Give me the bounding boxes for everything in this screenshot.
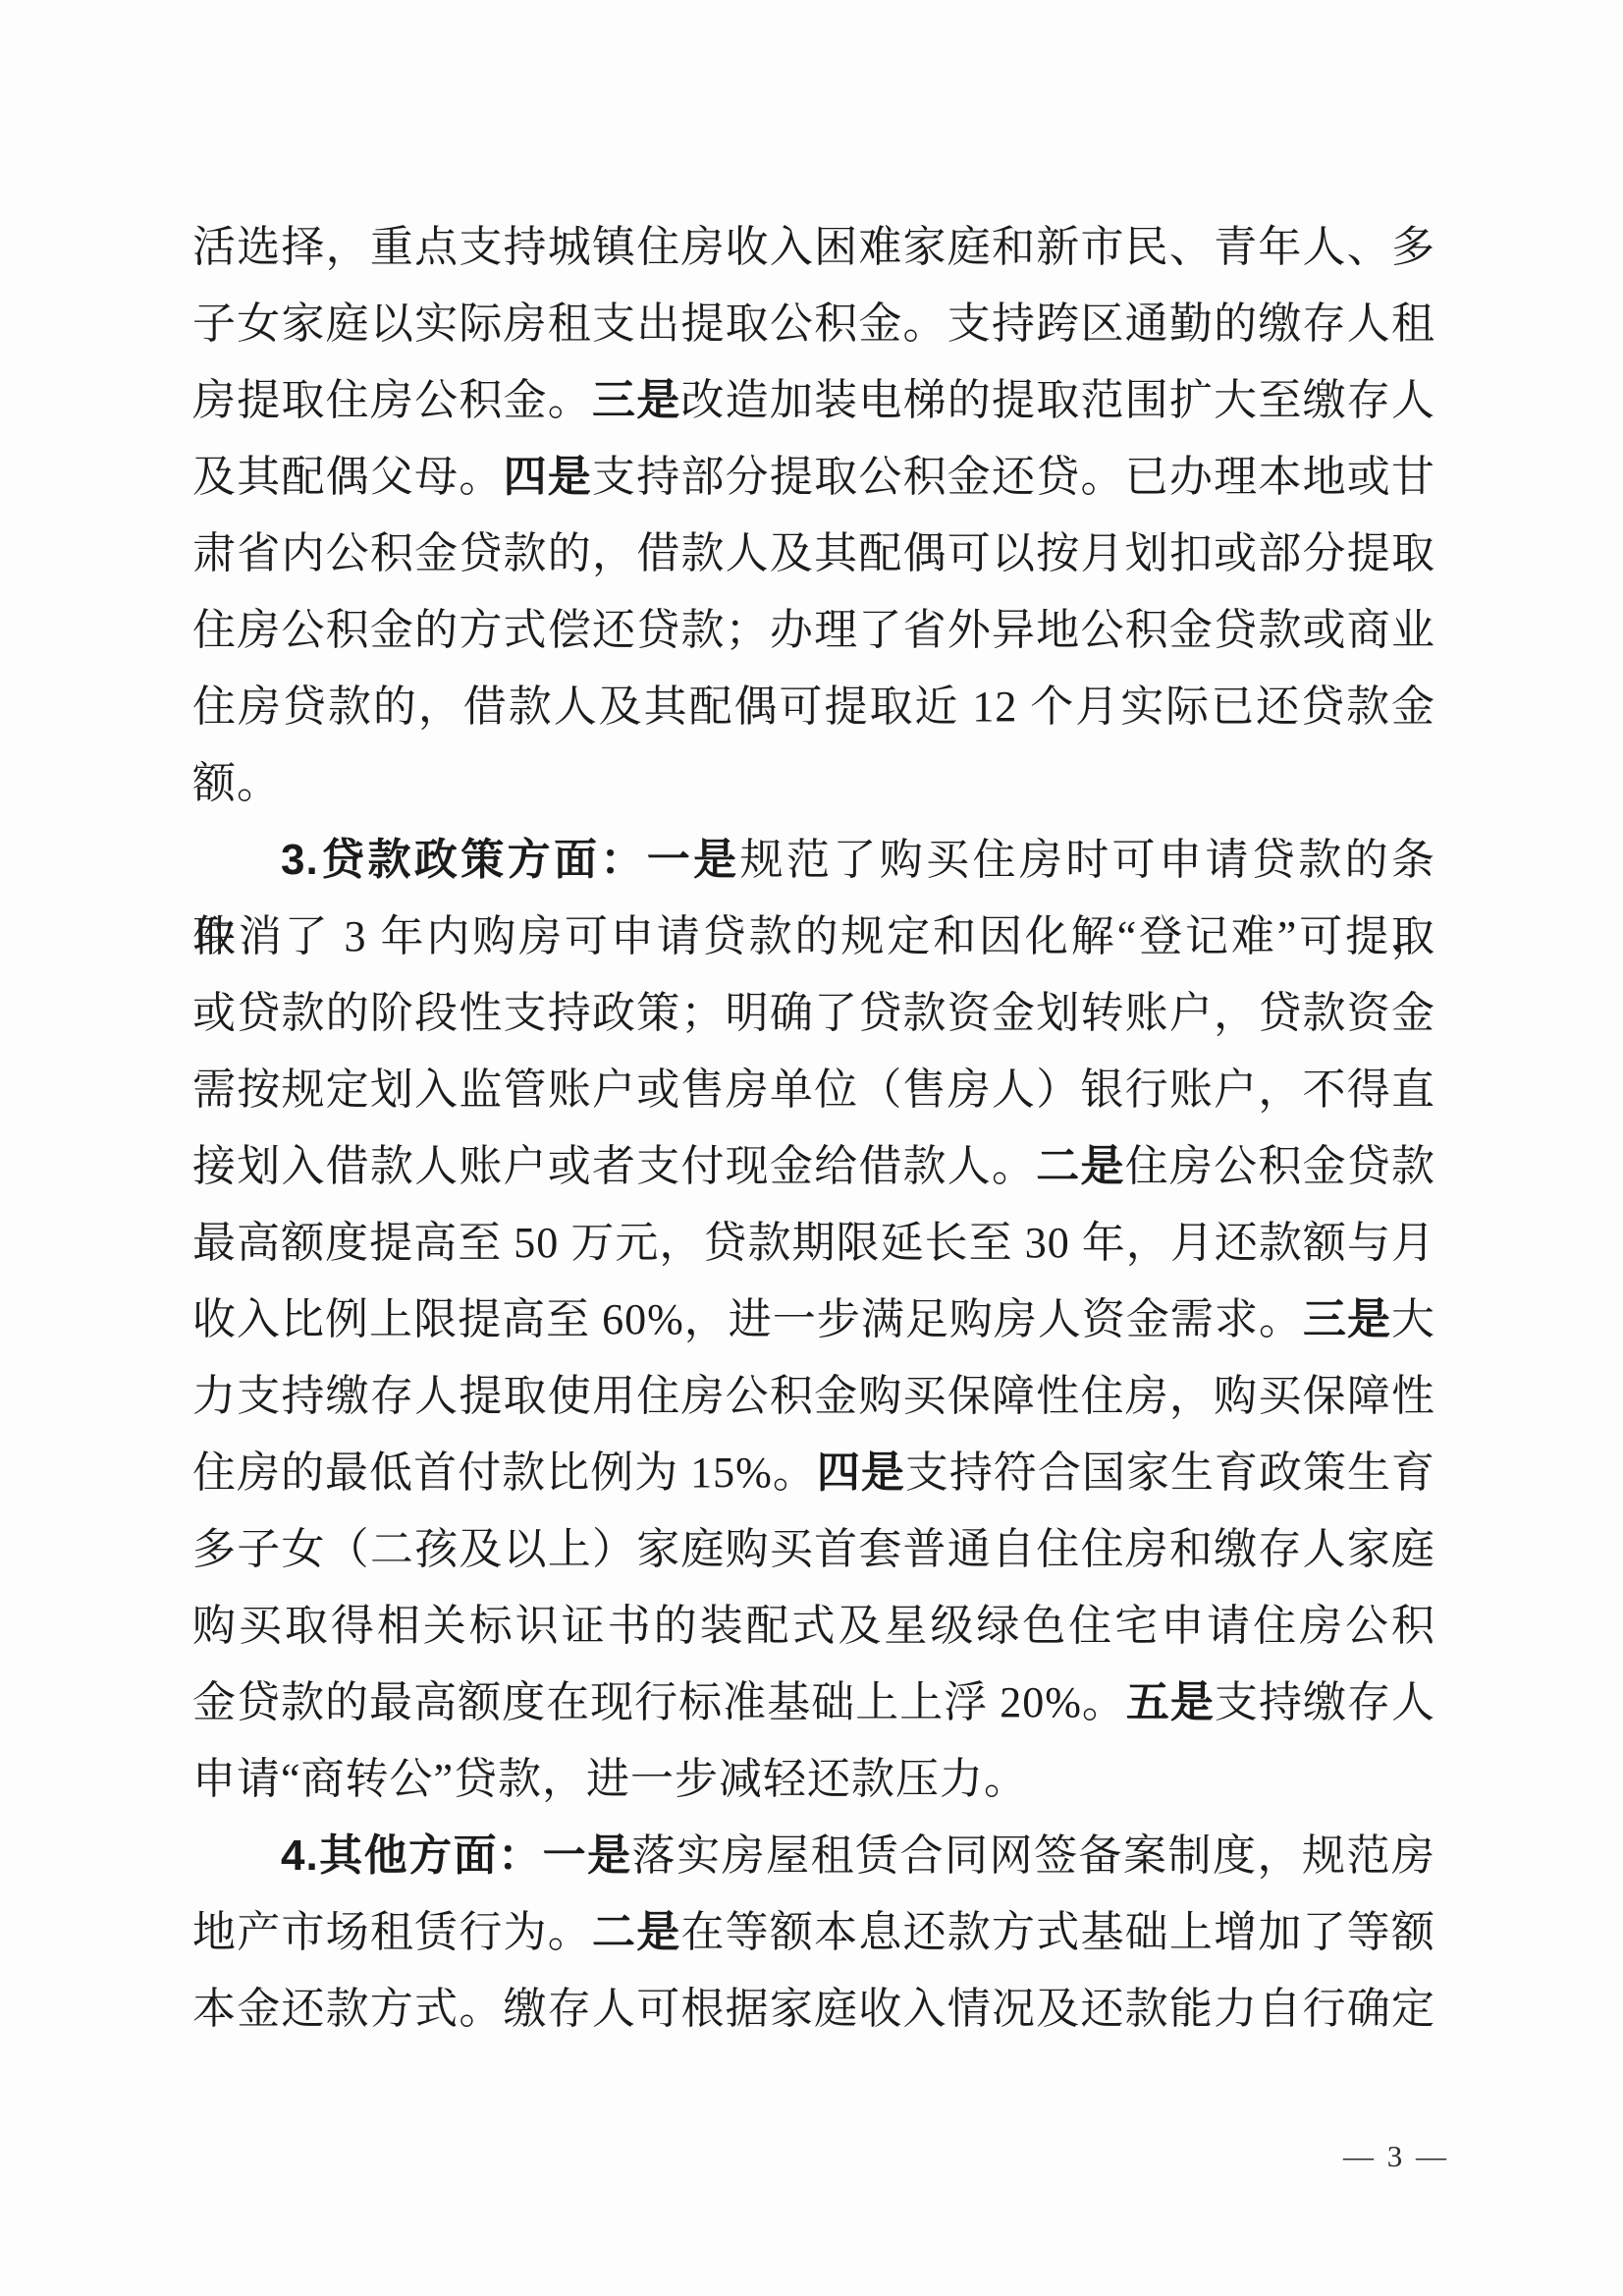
body-text: 地产市场租赁行为。 [192,1908,592,1956]
body-text: 落实房屋租赁合同网签备案制度，规范房 [632,1831,1435,1880]
body-text: 最高额度提高至 50 万元，贷款期限延长至 30 年，月还款额与月 [192,1219,1435,1267]
body-text: 活选择，重点支持城镇住房收入困难家庭和新市民、青年人、多 [192,223,1435,271]
emphasis-text: 三是 [1303,1295,1391,1343]
text-line: 地产市场租赁行为。二是在等额本息还款方式基础上增加了等额 [192,1894,1435,1971]
body-text: 支持部分提取公积金还贷。已办理本地或甘 [592,453,1435,501]
body-text: 需按规定划入监管账户或售房单位（售房人）银行账户，不得直 [192,1066,1435,1114]
body-text: 住房公积金贷款 [1125,1142,1435,1190]
body-text: 申请“商转公”贷款，进一步减轻还款压力。 [192,1755,1028,1803]
body-text: 力支持缴存人提取使用住房公积金购买保障性住房，购买保障性 [192,1372,1435,1420]
emphasis-text: 4.其他方面：一是 [281,1831,632,1880]
text-line: 及其配偶父母。四是支持部分提取公积金还贷。已办理本地或甘 [192,439,1435,516]
text-line: 取消了 3 年内购房可申请贷款的规定和因化解“登记难”可提取 [192,899,1435,975]
text-line: 本金还款方式。缴存人可根据家庭收入情况及还款能力自行确定 [192,1971,1435,2048]
text-line: 额。 [192,745,1435,822]
body-text: 房提取住房公积金。 [192,376,592,424]
body-text: 改造加装电梯的提取范围扩大至缴存人 [680,376,1435,424]
emphasis-text: 三是 [592,376,680,424]
text-line: 房提取住房公积金。三是改造加装电梯的提取范围扩大至缴存人 [192,362,1435,439]
text-line: 力支持缴存人提取使用住房公积金购买保障性住房，购买保障性 [192,1358,1435,1435]
body-text: 住房贷款的，借款人及其配偶可提取近 12 个月实际已还贷款金 [192,683,1435,731]
body-text: 取消了 3 年内购房可申请贷款的规定和因化解“登记难”可提取 [192,912,1435,960]
text-line: 住房公积金的方式偿还贷款；办理了省外异地公积金贷款或商业 [192,592,1435,669]
text-line: 最高额度提高至 50 万元，贷款期限延长至 30 年，月还款额与月 [192,1205,1435,1282]
body-text: 本金还款方式。缴存人可根据家庭收入情况及还款能力自行确定 [192,1985,1435,2033]
body-text: 金贷款的最高额度在现行标准基础上上浮 20%。 [192,1678,1126,1726]
body-text: 及其配偶父母。 [192,453,504,501]
emphasis-text: 四是 [504,453,592,501]
text-line: 金贷款的最高额度在现行标准基础上上浮 20%。五是支持缴存人 [192,1665,1435,1741]
emphasis-text: 四是 [817,1449,905,1497]
text-line: 住房的最低首付款比例为 15%。四是支持符合国家生育政策生育 [192,1435,1435,1511]
body-text: 额。 [192,759,281,807]
body-text: 住房公积金的方式偿还贷款；办理了省外异地公积金贷款或商业 [192,606,1435,654]
text-line: 申请“商转公”贷款，进一步减轻还款压力。 [192,1741,1435,1818]
body-text: 支持缴存人 [1215,1678,1435,1726]
text-line: 3.贷款政策方面：一是规范了购买住房时可申请贷款的条件， [192,822,1435,899]
body-text: 住房的最低首付款比例为 15%。 [192,1449,817,1497]
text-line: 子女家庭以实际房租支出提取公积金。支持跨区通勤的缴存人租 [192,286,1435,362]
body-text: 大 [1391,1295,1435,1343]
body-text: 或贷款的阶段性支持政策；明确了贷款资金划转账户，贷款资金 [192,989,1435,1037]
body-text: 在等额本息还款方式基础上增加了等额 [680,1908,1435,1956]
body-text: 支持符合国家生育政策生育 [905,1449,1435,1497]
text-line: 需按规定划入监管账户或售房单位（售房人）银行账户，不得直 [192,1052,1435,1128]
body-text: 肃省内公积金贷款的，借款人及其配偶可以按月划扣或部分提取 [192,529,1435,577]
text-line: 或贷款的阶段性支持政策；明确了贷款资金划转账户，贷款资金 [192,975,1435,1052]
document-body: 活选择，重点支持城镇住房收入困难家庭和新市民、青年人、多子女家庭以实际房租支出提… [192,209,1435,2048]
text-line: 肃省内公积金贷款的，借款人及其配偶可以按月划扣或部分提取 [192,516,1435,592]
body-text: 收入比例上限提高至 60%，进一步满足购房人资金需求。 [192,1295,1303,1343]
text-line: 接划入借款人账户或者支付现金给借款人。二是住房公积金贷款 [192,1128,1435,1205]
text-line: 收入比例上限提高至 60%，进一步满足购房人资金需求。三是大 [192,1282,1435,1358]
text-line: 多子女（二孩及以上）家庭购买首套普通自住住房和缴存人家庭 [192,1511,1435,1588]
emphasis-text: 3.贷款政策方面：一是 [281,836,740,884]
text-line: 住房贷款的，借款人及其配偶可提取近 12 个月实际已还贷款金 [192,669,1435,745]
emphasis-text: 二是 [1036,1142,1124,1190]
emphasis-text: 五是 [1126,1678,1215,1726]
emphasis-text: 二是 [592,1908,680,1956]
text-line: 4.其他方面：一是落实房屋租赁合同网签备案制度，规范房 [192,1818,1435,1894]
body-text: 多子女（二孩及以上）家庭购买首套普通自住住房和缴存人家庭 [192,1525,1435,1573]
page-number: — 3 — [1343,2139,1449,2174]
document-page: 活选择，重点支持城镇住房收入困难家庭和新市民、青年人、多子女家庭以实际房租支出提… [0,0,1623,2296]
body-text: 购买取得相关标识证书的装配式及星级绿色住宅申请住房公积 [192,1602,1435,1650]
text-line: 购买取得相关标识证书的装配式及星级绿色住宅申请住房公积 [192,1588,1435,1665]
text-line: 活选择，重点支持城镇住房收入困难家庭和新市民、青年人、多 [192,209,1435,286]
body-text: 子女家庭以实际房租支出提取公积金。支持跨区通勤的缴存人租 [192,300,1435,348]
body-text: 接划入借款人账户或者支付现金给借款人。 [192,1142,1036,1190]
